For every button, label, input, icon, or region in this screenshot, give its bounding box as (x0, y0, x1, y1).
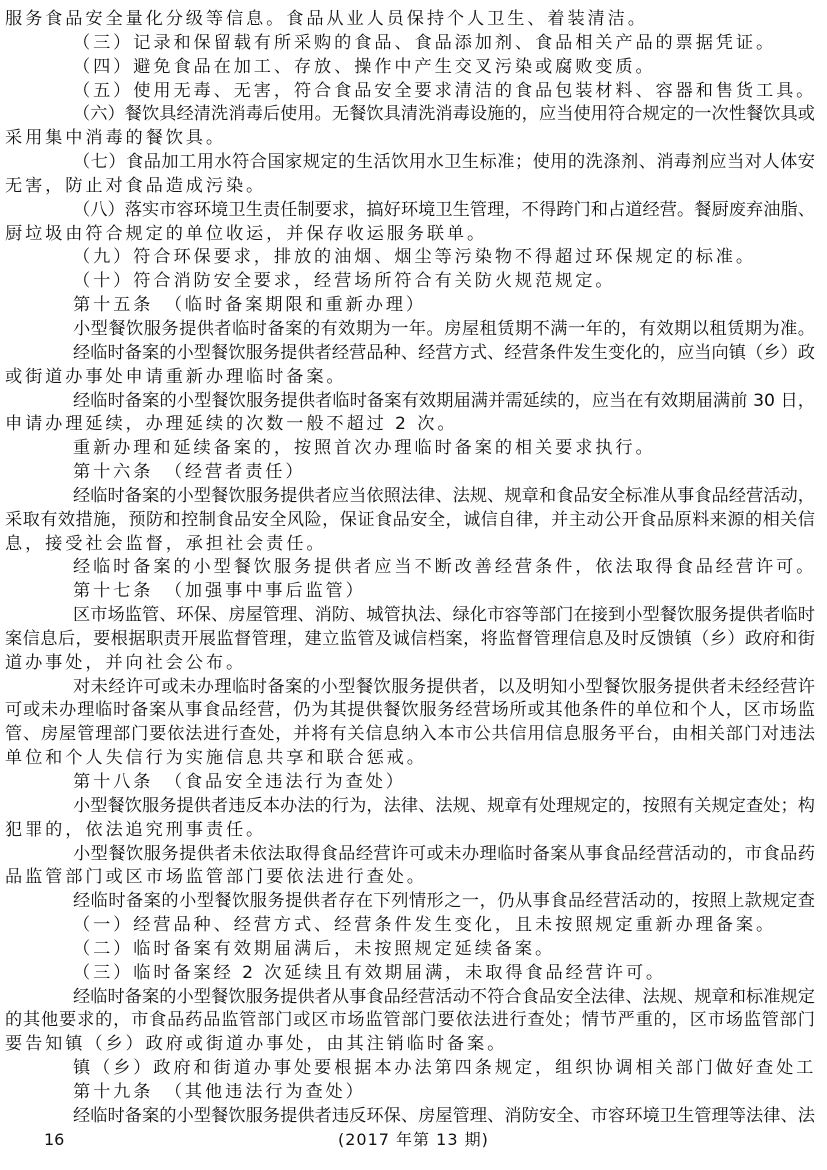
text-line: 道办事处，并向社会公布。 (5, 652, 815, 676)
text-line: （三）记录和保留载有所采购的食品、食品添加剂、食品相关产品的票据凭证。 (5, 32, 815, 56)
issue-label: (2017 年第 13 期) (338, 1128, 489, 1152)
text-line: 厨垃圾由符合规定的单位收运，并保存收运服务联单。 (5, 223, 815, 247)
text-line: 案信息后，要根据职责开展监督管理，建立监管及诚信档案，将监督管理信息及时反馈镇（… (5, 628, 815, 652)
document-body: 服务食品安全量化分级等信息。食品从业人员保持个人卫生、着装清洁。（三）记录和保留… (5, 8, 815, 1129)
text-line: 小型餐饮服务提供者违反本办法的行为，法律、法规、规章有处理规定的，按照有关规定查… (5, 795, 815, 819)
text-line: 小型餐饮服务提供者临时备案的有效期为一年。房屋租赁期不满一年的，有效期以租赁期为… (5, 318, 815, 342)
text-line: 经临时备案的小型餐饮服务提供者违反环保、房屋管理、消防安全、市容环境卫生管理等法… (5, 1105, 815, 1129)
text-line: 要告知镇（乡）政府或街道办事处，由其注销临时备案。 (5, 1033, 815, 1057)
text-line: 可或未办理临时备案从事食品经营，仍为其提供餐饮服务经营场所或其他条件的单位和个人… (5, 699, 815, 723)
text-line: （六）餐饮具经清洗消毒后使用。无餐饮具清洗消毒设施的，应当使用符合规定的一次性餐… (5, 103, 815, 127)
text-line: 经临时备案的小型餐饮服务提供者存在下列情形之一，仍从事食品经营活动的，按照上款规… (5, 890, 815, 914)
text-line: （九）符合环保要求，排放的油烟、烟尘等污染物不得超过环保规定的标准。 (5, 246, 815, 270)
text-line: 经临时备案的小型餐饮服务提供者应当依照法律、法规、规章和食品安全标准从事食品经营… (5, 485, 815, 509)
page-footer: 16 (2017 年第 13 期) (0, 1128, 827, 1152)
text-line: 经临时备案的小型餐饮服务提供者从事食品经营活动不符合食品安全法律、法规、规章和标… (5, 986, 815, 1010)
text-line: （七）食品加工用水符合国家规定的生活饮用水卫生标准；使用的洗涤剂、消毒剂应当对人… (5, 151, 815, 175)
text-line: 管、房屋管理部门要依法进行查处，并将有关信息纳入本市公共信用信息服务平台，由相关… (5, 723, 815, 747)
text-line: 申请办理延续，办理延续的次数一般不超过 2 次。 (5, 413, 815, 437)
text-line: 经临时备案的小型餐饮服务提供者经营品种、经营方式、经营条件发生变化的，应当向镇（… (5, 342, 815, 366)
text-line: 采取有效措施，预防和控制食品安全风险，保证食品安全，诚信自律，并主动公开食品原料… (5, 509, 815, 533)
text-line: 的其他要求的，市食品药品监管部门或区市场监管部门要依法进行查处；情节严重的，区市… (5, 1009, 815, 1033)
text-line: （四）避免食品在加工、存放、操作中产生交叉污染或腐败变质。 (5, 56, 815, 80)
text-line: 第十六条 （经营者责任） (5, 461, 815, 485)
text-line: 重新办理和延续备案的，按照首次办理临时备案的相关要求执行。 (5, 437, 815, 461)
page-number: 16 (44, 1128, 64, 1152)
text-line: 对未经许可或未办理临时备案的小型餐饮服务提供者，以及明知小型餐饮服务提供者未经经… (5, 676, 815, 700)
text-line: 单位和个人失信行为实施信息共享和联合惩戒。 (5, 747, 815, 771)
text-line: 区市场监管、环保、房屋管理、消防、城管执法、绿化市容等部门在接到小型餐饮服务提供… (5, 604, 815, 628)
text-line: 或街道办事处申请重新办理临时备案。 (5, 366, 815, 390)
text-line: （十）符合消防安全要求，经营场所符合有关防火规范规定。 (5, 270, 815, 294)
text-line: 小型餐饮服务提供者未依法取得食品经营许可或未办理临时备案从事食品经营活动的，市食… (5, 843, 815, 867)
text-line: （一）经营品种、经营方式、经营条件发生变化，且未按照规定重新办理备案。 (5, 914, 815, 938)
text-line: 服务食品安全量化分级等信息。食品从业人员保持个人卫生、着装清洁。 (5, 8, 815, 32)
text-line: 犯罪的，依法追究刑事责任。 (5, 819, 815, 843)
text-line: 无害，防止对食品造成污染。 (5, 175, 815, 199)
text-line: （八）落实市容环境卫生责任制要求，搞好环境卫生管理，不得跨门和占道经营。餐厨废弃… (5, 199, 815, 223)
text-line: 息，接受社会监督，承担社会责任。 (5, 533, 815, 557)
text-line: 品监管部门或区市场监管部门要依法进行查处。 (5, 866, 815, 890)
text-line: 第十七条 （加强事中事后监管） (5, 580, 815, 604)
text-line: （三）临时备案经 2 次延续且有效期届满，未取得食品经营许可。 (5, 962, 815, 986)
text-line: 第十五条 （临时备案期限和重新办理） (5, 294, 815, 318)
text-line: （二）临时备案有效期届满后，未按照规定延续备案。 (5, 938, 815, 962)
text-line: 镇（乡）政府和街道办事处要根据本办法第四条规定，组织协调相关部门做好查处工作。 (5, 1057, 815, 1081)
text-line: 采用集中消毒的餐饮具。 (5, 127, 815, 151)
text-line: 经临时备案的小型餐饮服务提供者应当不断改善经营条件，依法取得食品经营许可。 (5, 556, 815, 580)
text-line: 第十九条 （其他违法行为查处） (5, 1081, 815, 1105)
text-line: 经临时备案的小型餐饮服务提供者临时备案有效期届满并需延续的，应当在有效期届满前 … (5, 390, 815, 414)
text-line: （五）使用无毒、无害，符合食品安全要求清洁的食品包装材料、容器和售货工具。 (5, 80, 815, 104)
text-line: 第十八条 （食品安全违法行为查处） (5, 771, 815, 795)
